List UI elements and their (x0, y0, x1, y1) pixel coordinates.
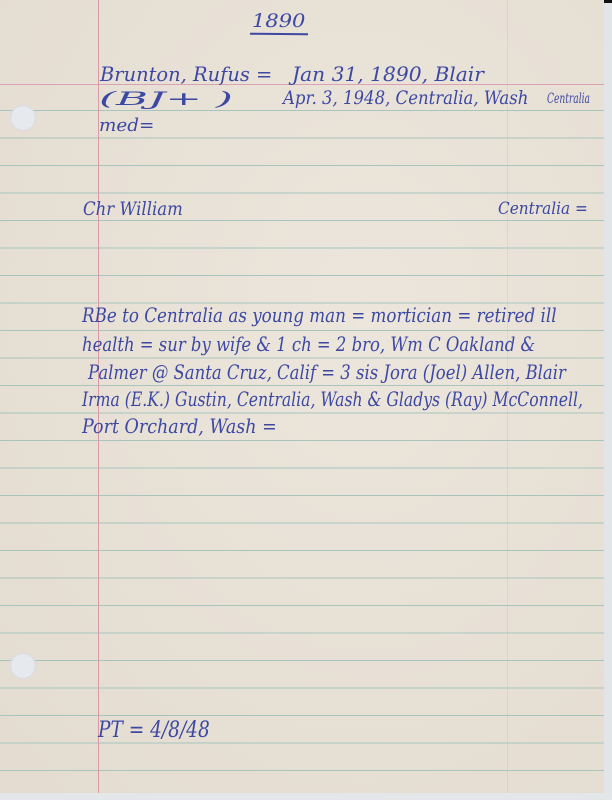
punch-hole-bottom-icon (10, 653, 36, 679)
footer-note: PT = 4/8/48 (98, 720, 210, 742)
obituary-line: Port Orchard, Wash = (82, 416, 277, 436)
punch-hole-top-icon (10, 105, 36, 131)
year-underline (250, 33, 308, 35)
birth-info: Jan 31, 1890, Blair (292, 64, 484, 84)
obituary-line: Palmer @ Santa Cruz, Calif = 3 sis Jora … (88, 362, 566, 382)
parents-info: (BJ+ ) (99, 90, 233, 109)
ruled-paper-sheet: 1890 Brunton, Rufus = Jan 31, 1890, Blai… (0, 0, 604, 793)
obituary-line: Irma (E.K.) Gustin, Centralia, Wash & Gl… (82, 389, 583, 409)
scan-edge-shadow (604, 0, 612, 3)
church-name: Chr William (83, 200, 183, 219)
church-place: Centralia = (498, 201, 588, 218)
scan-bottom-margin (0, 793, 612, 800)
obituary-line: health = sur by wife & 1 ch = 2 bro, Wm … (82, 334, 535, 354)
header-year: 1890 (252, 12, 305, 31)
person-name: Brunton, Rufus = (100, 64, 272, 84)
death-info: Apr. 3, 1948, Centralia, Wash (283, 89, 528, 108)
medical-note: med= (99, 117, 154, 135)
death-place-note: Centralia (547, 92, 590, 106)
obituary-line: RBe to Centralia as young man = morticia… (82, 305, 557, 325)
